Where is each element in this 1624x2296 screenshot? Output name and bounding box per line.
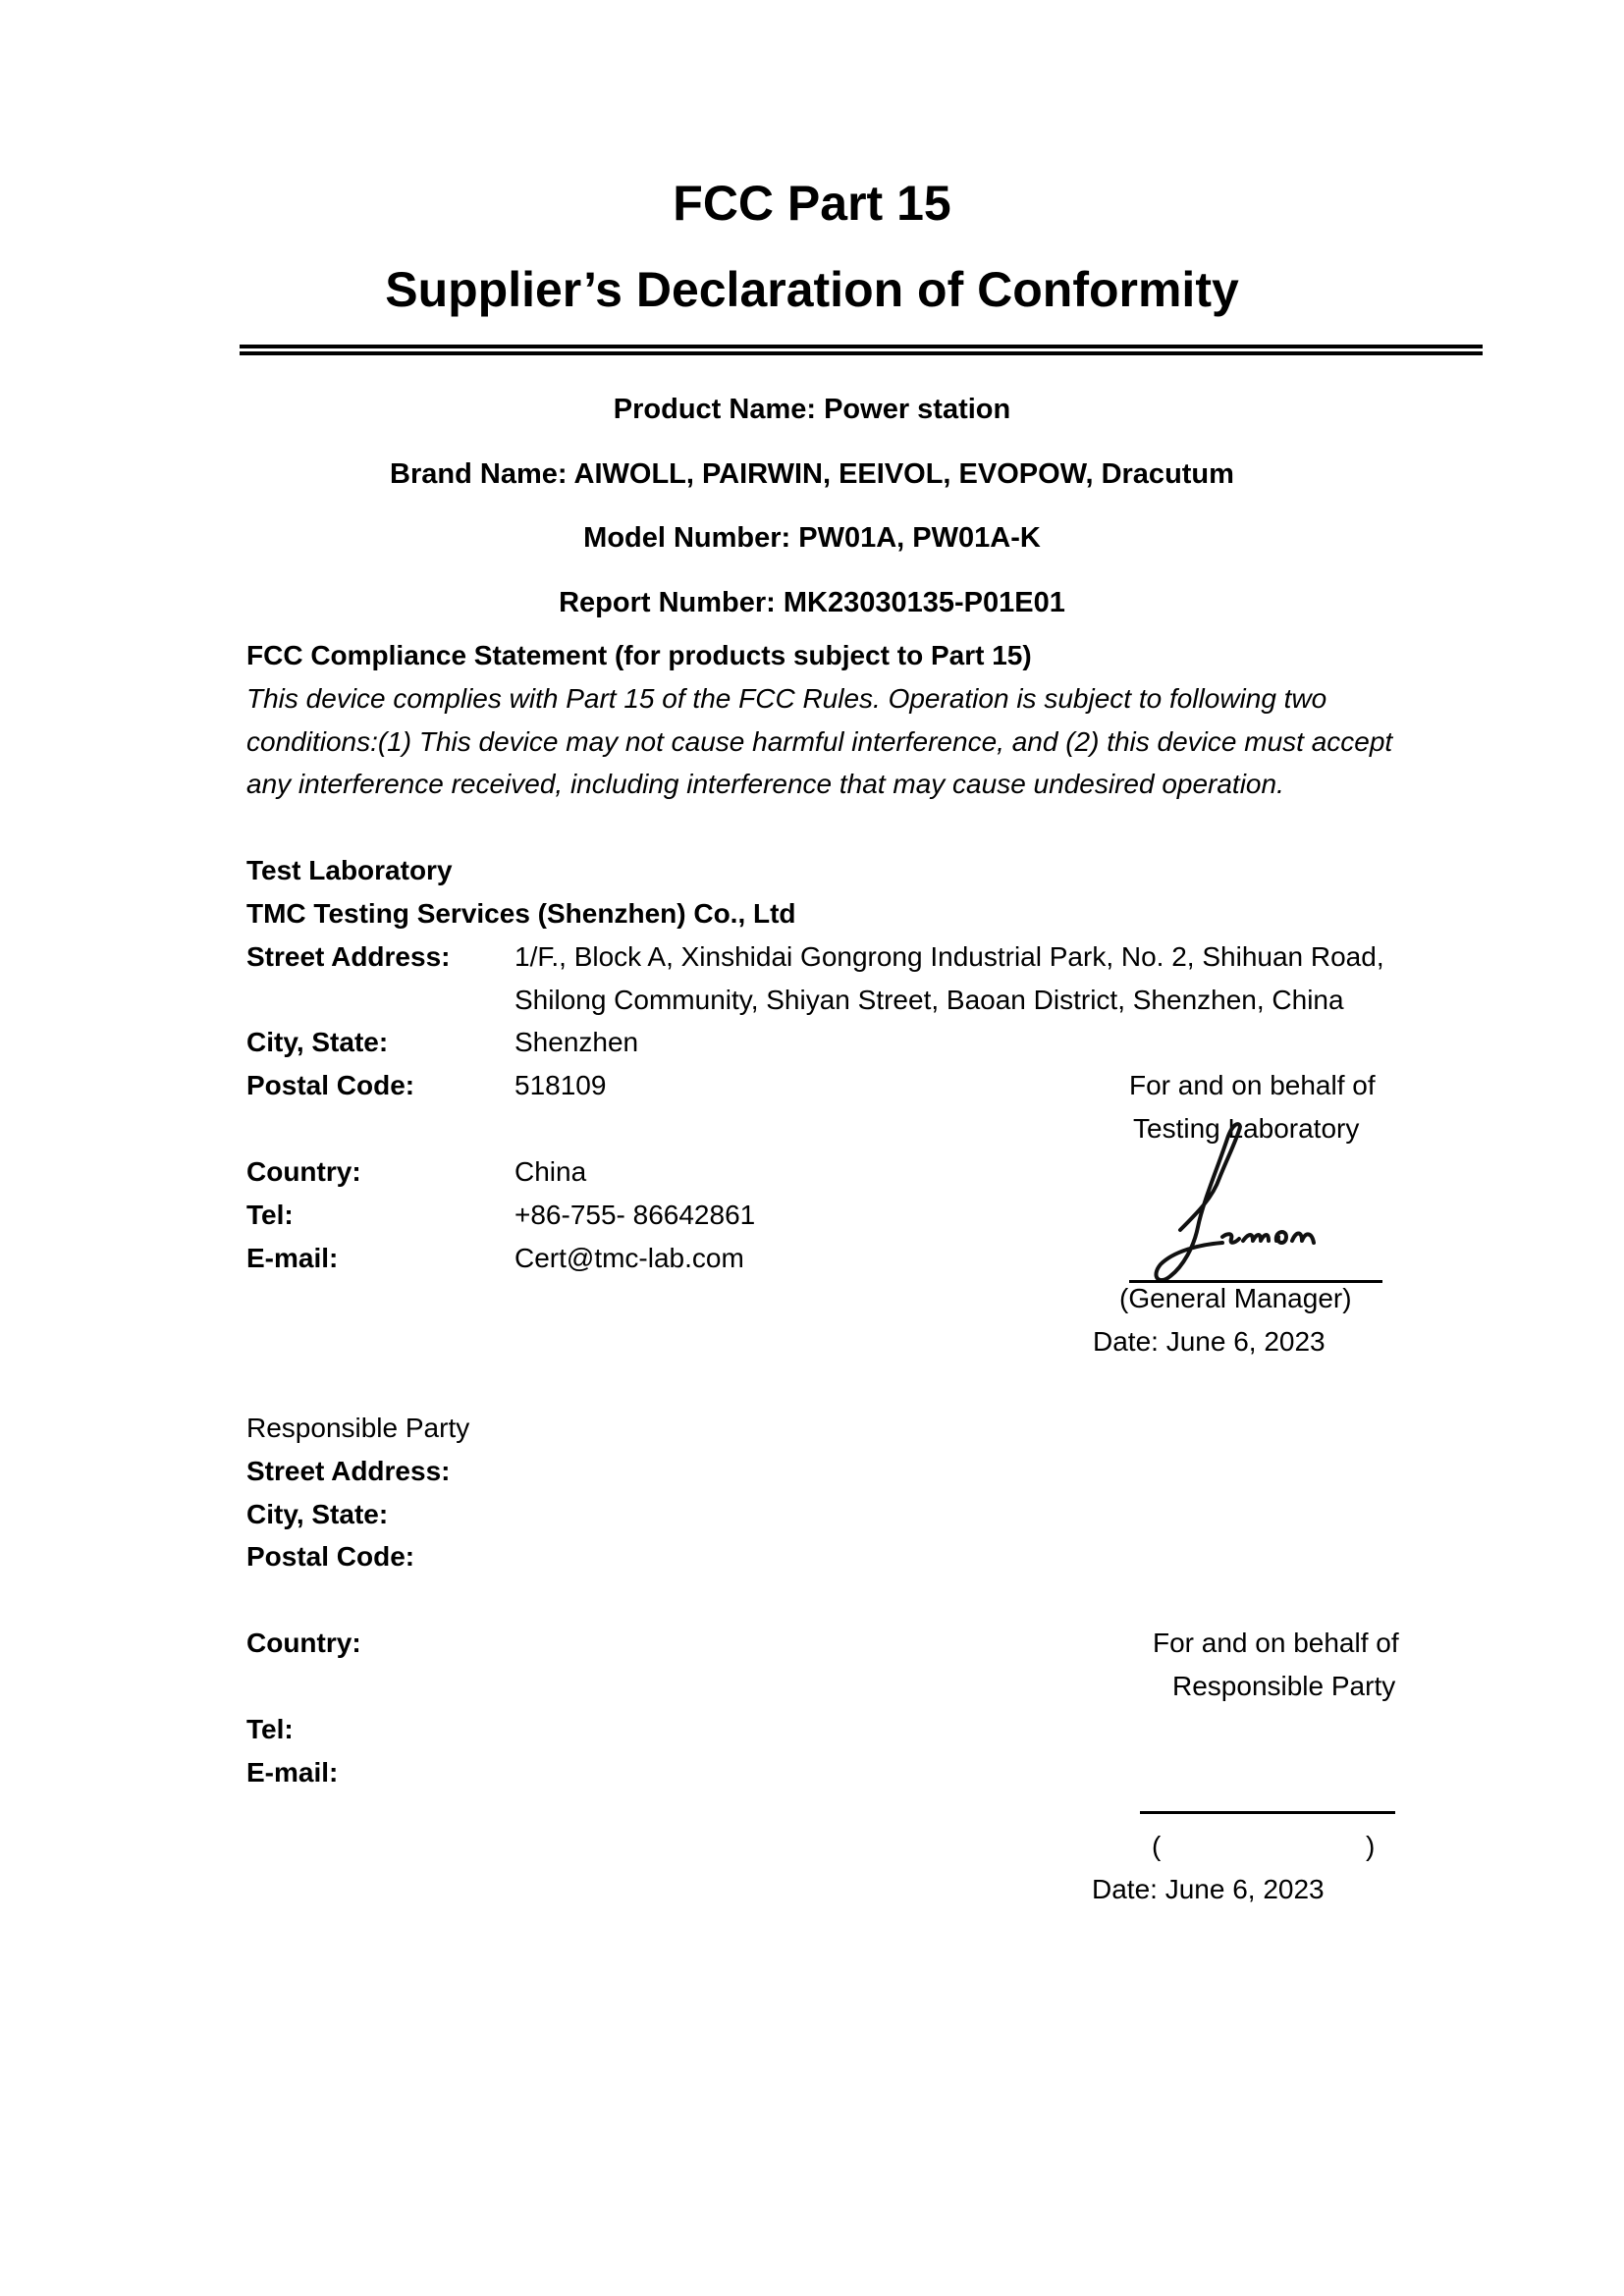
compliance-text-line: any interference received, including int… (246, 769, 1284, 800)
compliance-text-line: conditions:(1) This device may not cause… (246, 726, 1392, 758)
responsible-party-section-label: Responsible Party (246, 1413, 469, 1444)
rp-postal-label: Postal Code: (246, 1541, 414, 1573)
test-lab-section-label: Test Laboratory (246, 855, 453, 886)
test-lab-street-label: Street Address: (246, 941, 450, 973)
test-lab-city-label: City, State: (246, 1027, 388, 1058)
test-lab-street-value: 1/F., Block A, Xinshidai Gongrong Indust… (514, 941, 1384, 973)
test-lab-city-value: Shenzhen (514, 1027, 638, 1058)
rp-name-close-paren: ) (1366, 1831, 1375, 1862)
product-name: Product Name: Power station (0, 394, 1624, 426)
rp-signature-line (1140, 1811, 1395, 1814)
title-rule-top (240, 345, 1483, 348)
signature-icon (1129, 1119, 1365, 1296)
document-title: FCC Part 15 (0, 175, 1624, 232)
test-lab-company: TMC Testing Services (Shenzhen) Co., Ltd (246, 898, 796, 930)
test-lab-tel-label: Tel: (246, 1200, 294, 1231)
test-lab-postal-value: 518109 (514, 1070, 606, 1101)
test-lab-sign-date: Date: June 6, 2023 (1093, 1326, 1326, 1358)
test-lab-postal-label: Postal Code: (246, 1070, 414, 1101)
test-lab-behalf-line1: For and on behalf of (1129, 1070, 1376, 1101)
title-rule-bottom (240, 351, 1483, 355)
test-lab-email-value: Cert@tmc-lab.com (514, 1243, 744, 1274)
test-lab-country-label: Country: (246, 1156, 361, 1188)
document-subtitle: Supplier’s Declaration of Conformity (0, 261, 1624, 318)
test-lab-country-value: China (514, 1156, 586, 1188)
rp-email-label: E-mail: (246, 1757, 338, 1789)
brand-name: Brand Name: AIWOLL, PAIRWIN, EEIVOL, EVO… (0, 458, 1624, 491)
test-lab-tel-value: +86-755- 86642861 (514, 1200, 755, 1231)
rp-sign-date: Date: June 6, 2023 (1092, 1874, 1325, 1905)
rp-behalf-line2: Responsible Party (1172, 1671, 1395, 1702)
rp-street-label: Street Address: (246, 1456, 450, 1487)
rp-behalf-line1: For and on behalf of (1153, 1628, 1399, 1659)
rp-city-label: City, State: (246, 1499, 388, 1530)
rp-country-label: Country: (246, 1628, 361, 1659)
compliance-heading: FCC Compliance Statement (for products s… (246, 640, 1032, 671)
compliance-text-line: This device complies with Part 15 of the… (246, 683, 1326, 715)
test-lab-email-label: E-mail: (246, 1243, 338, 1274)
rp-name-open-paren: ( (1152, 1831, 1161, 1862)
test-lab-street-value-cont: Shilong Community, Shiyan Street, Baoan … (514, 985, 1344, 1016)
report-number: Report Number: MK23030135-P01E01 (0, 587, 1624, 619)
model-number: Model Number: PW01A, PW01A-K (0, 522, 1624, 555)
test-lab-signer-title: (General Manager) (1119, 1283, 1352, 1314)
rp-tel-label: Tel: (246, 1714, 294, 1745)
